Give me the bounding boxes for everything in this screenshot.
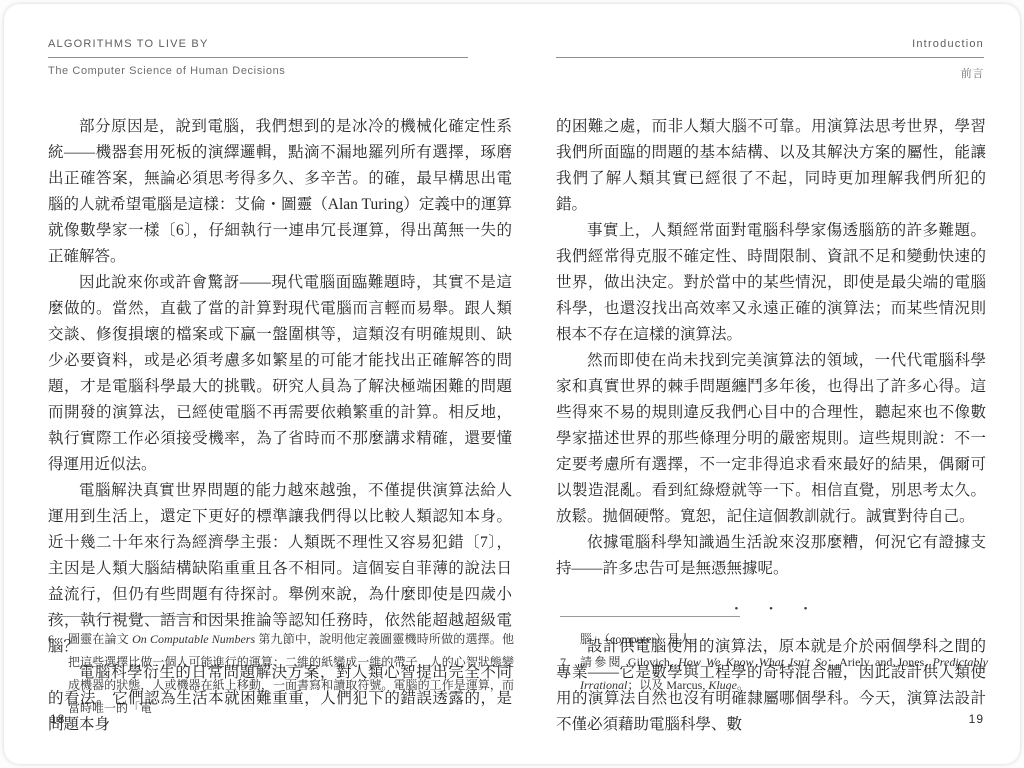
- footnote-number: 7: [560, 651, 580, 697]
- section-divider-dots: • • •: [556, 582, 986, 634]
- left-running-head: ALGORITHMS TO LIVE BY The Computer Scien…: [48, 38, 468, 77]
- footnote-6: 6 圖靈在論文 On Computable Numbers 第九節中，說明他定義…: [48, 628, 514, 720]
- paragraph: 部分原因是，說到電腦，我們想到的是冰冷的機械化確定性系統——機器套用死板的演繹邏…: [48, 114, 512, 270]
- book-spread: ALGORITHMS TO LIVE BY The Computer Scien…: [4, 4, 1020, 764]
- paragraph-continuation: 的困難之處，而非人類大腦不可靠。用演算法思考世界，學習我們所面臨的問題的基本結構…: [556, 114, 986, 218]
- footnote-rule-right: [560, 616, 740, 617]
- footnote-text: 請參閱 Gilovich, How We Know What Isn't So；…: [580, 651, 988, 697]
- footnote-6-continuation: 腦」（computer）是人。: [560, 628, 988, 651]
- right-running-head: Introduction 前言: [556, 38, 984, 81]
- paragraph: 因此說來你或許會驚訝——現代電腦面臨難題時，其實不是這麼做的。當然，直截了當的計…: [48, 270, 512, 478]
- footnote-7: 7 請參閱 Gilovich, How We Know What Isn't S…: [560, 651, 988, 697]
- footnote-text: 圖靈在論文 On Computable Numbers 第九節中，說明他定義圖靈…: [68, 628, 514, 720]
- book-subtitle: The Computer Science of Human Decisions: [48, 58, 468, 77]
- footnote-rule-left: [48, 616, 228, 617]
- book-title: ALGORITHMS TO LIVE BY: [48, 38, 468, 57]
- paragraph: 依據電腦科學知識過生活說來沒那麼糟，何況它有證據支持——許多忠告可是無憑無據呢。: [556, 530, 986, 582]
- footnote-number: 6: [48, 628, 68, 720]
- page-number-right: 19: [969, 712, 984, 726]
- left-footnotes: 6 圖靈在論文 On Computable Numbers 第九節中，說明他定義…: [48, 628, 514, 720]
- right-footnotes: 腦」（computer）是人。 7 請參閱 Gilovich, How We K…: [560, 628, 988, 697]
- paragraph: 事實上，人類經常面對電腦科學家傷透腦筋的許多難題。我們經常得克服不確定性、時間限…: [556, 218, 986, 348]
- page-number-left: 18: [50, 712, 65, 726]
- chapter-title-en: Introduction: [556, 38, 984, 57]
- paragraph: 然而即使在尚未找到完美演算法的領域，一代代電腦科學家和真實世界的棘手問題纏鬥多年…: [556, 348, 986, 530]
- chapter-title-zh: 前言: [556, 58, 984, 81]
